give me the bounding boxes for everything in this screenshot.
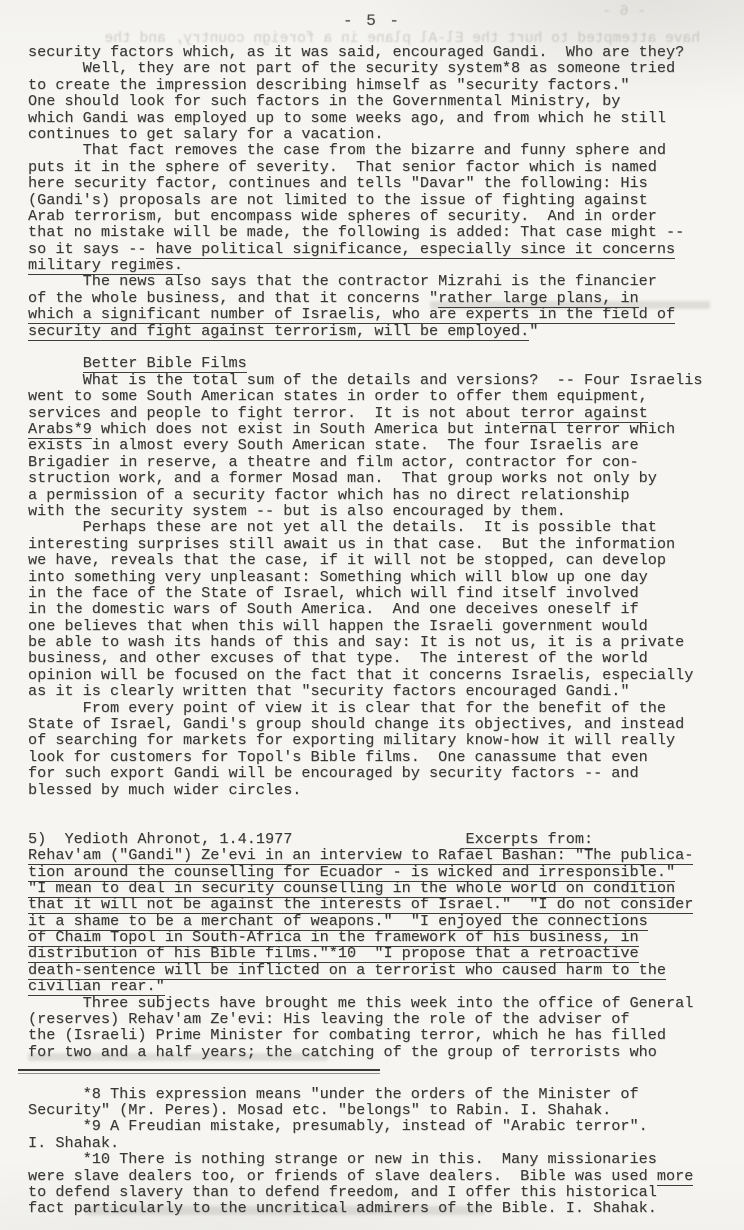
text-line: Rehav'am ("Gandi") Ze'evi in an intervie… (28, 847, 740, 863)
text-line: exists in almost every South American st… (28, 437, 740, 453)
text-line: services and people to fight terror. It … (28, 405, 740, 421)
text-line: so it says -- have political significanc… (28, 241, 740, 257)
text-line: (Gandi's) proposals are not limited to t… (28, 192, 740, 208)
text-line: struction work, and a former Mosad man. … (28, 470, 740, 486)
text-line: here security factor, continues and tell… (28, 175, 740, 191)
scanned-page: - 5 - - 6 -have attempted to hurt the El… (0, 0, 744, 1230)
text-segment: (Gandi's) proposals are not limited to t… (28, 191, 648, 209)
text-line: That fact removes the case from the biza… (28, 142, 740, 158)
text-segment: struction work, and a former Mosad man. … (28, 469, 657, 487)
underlined-text: have political significance, especially … (156, 240, 676, 259)
text-line: of Chaim Topol in South-Africa in the fr… (28, 929, 740, 945)
text-segment: *10 There is nothing strange or new in t… (28, 1150, 657, 1168)
text-segment: a permission of a security factor which … (28, 486, 630, 504)
text-segment (292, 830, 465, 848)
text-segment: look for customers for Topol's Bible fil… (28, 748, 648, 766)
text-line: of searching for markets for exporting m… (28, 732, 740, 748)
text-line: civilian rear." (28, 978, 740, 994)
text-segment: for such export Gandi will be encouraged… (28, 764, 639, 782)
blank-line (28, 798, 740, 814)
text-line: business, and other excuses of that type… (28, 650, 740, 666)
text-line: which Gandi was employed up to some week… (28, 110, 740, 126)
text-segment: " (529, 322, 538, 340)
text-line: *10 There is nothing strange or new in t… (28, 1151, 740, 1167)
text-line: Arabs*9 which does not exist in South Am… (28, 421, 740, 437)
text-segment: one believes that when this will happen … (28, 617, 648, 635)
text-segment: security factors which, as it was said, … (28, 43, 684, 61)
text-segment: business, and other excuses of that type… (28, 649, 648, 667)
text-line: *8 This expression means "under the orde… (28, 1086, 740, 1102)
text-line: "I mean to deal in security counselling … (28, 880, 740, 896)
text-segment: with the security system -- but is also … (28, 502, 566, 520)
text-segment: which Gandi was employed up to some week… (28, 109, 666, 127)
text-line: Brigadier in reserve, a theatre and film… (28, 454, 740, 470)
text-line: fact particularly to the uncritical admi… (28, 1200, 740, 1216)
text-line: death-sentence will be inflicted on a te… (28, 962, 740, 978)
text-line: security factors which, as it was said, … (28, 44, 740, 60)
text-line: with the security system -- but is also … (28, 503, 740, 519)
text-segment (28, 354, 83, 372)
text-segment: That fact removes the case from the biza… (28, 141, 666, 159)
text-segment: interesting surprises still await us in … (28, 535, 675, 553)
underlined-text: more (657, 1167, 693, 1186)
text-line: the (Israeli) Prime Minister for combati… (28, 1027, 740, 1043)
text-line: Better Bible Films (28, 355, 740, 371)
text-segment: be able to wash its hands of this and sa… (28, 633, 684, 651)
text-line: for such export Gandi will be encouraged… (28, 765, 740, 781)
text-segment: which does not exist in South America bu… (92, 420, 675, 438)
text-line: that it will not be against the interest… (28, 896, 740, 912)
text-segment: (reserves) Rehav'am Ze'evi: His leaving … (28, 1010, 630, 1028)
text-segment: fact particularly to the uncritical admi… (28, 1199, 657, 1217)
text-line: security and fight against terrorism, wi… (28, 323, 740, 339)
text-line: were slave dealers too, or friends of sl… (28, 1168, 740, 1184)
text-segment: *8 This expression means "under the orde… (28, 1085, 639, 1103)
text-line: The news also says that the contractor M… (28, 273, 740, 289)
text-line: in the domestic wars of South America. A… (28, 601, 740, 617)
text-segment: into something very unpleasant: Somethin… (28, 568, 648, 586)
text-segment: to create the impression describing hims… (28, 76, 630, 94)
text-line: for two and a half years; the catching o… (28, 1044, 740, 1060)
text-line: opinion will be focused on the fact that… (28, 667, 740, 683)
text-line: Well, they are not part of the security … (28, 60, 740, 76)
text-line: distribution of his Bible films."*10 "I … (28, 945, 740, 961)
text-segment: Arab terrorism, but encompass wide spher… (28, 207, 657, 225)
blank-line (28, 814, 740, 830)
text-segment: went to some South American states in or… (28, 387, 648, 405)
text-line: *9 A Freudian mistake, presumably, inste… (28, 1118, 740, 1134)
bleedthrough-ghost-text: - 6 - (556, 4, 646, 20)
document-body: security factors which, as it was said, … (28, 44, 740, 1217)
text-line: Arab terrorism, but encompass wide spher… (28, 208, 740, 224)
text-line: in the face of the State of Israel, whic… (28, 585, 740, 601)
text-segment: services and people to fight terror. It … (28, 404, 520, 422)
footnote-separator (18, 1069, 380, 1074)
text-segment: so it says -- (28, 240, 156, 258)
text-line: tion around the counselling for Ecuador … (28, 864, 740, 880)
text-segment: Well, they are not part of the security … (28, 59, 675, 77)
text-line: which a significant number of Israelis, … (28, 306, 740, 322)
text-line: What is the total sum of the details and… (28, 372, 740, 388)
text-line: State of Israel, Gandi's group should ch… (28, 716, 740, 732)
text-line: to defend slavery than to defend freedom… (28, 1184, 740, 1200)
text-line: One should look for such factors in the … (28, 93, 740, 109)
text-line: one believes that when this will happen … (28, 618, 740, 634)
text-segment: blessed by much wider circles. (28, 781, 301, 799)
text-line: of the whole business, and that it conce… (28, 290, 740, 306)
text-segment: continues to get salary for a vacation. (28, 125, 383, 143)
text-line: 5) Yedioth Ahronot, 1.4.1977 Excerpts fr… (28, 831, 740, 847)
text-segment: were slave dealers too, or friends of sl… (28, 1167, 657, 1185)
text-line: From every point of view it is clear tha… (28, 700, 740, 716)
text-line: military regimes. (28, 257, 740, 273)
text-segment: Perhaps these are not yet all the detail… (28, 518, 657, 536)
underlined-text: security and fight against terrorism, wi… (28, 322, 529, 341)
text-line: went to some South American states in or… (28, 388, 740, 404)
text-line: Security" (Mr. Peres). Mosad etc. "belon… (28, 1102, 740, 1118)
text-line: be able to wash its hands of this and sa… (28, 634, 740, 650)
text-segment: 5) Yedioth Ahronot, 1.4.1977 (28, 830, 292, 848)
text-line: as it is clearly written that "security … (28, 683, 740, 699)
text-segment: I. Shahak. (28, 1134, 119, 1152)
text-line: interesting surprises still await us in … (28, 536, 740, 552)
text-line: a permission of a security factor which … (28, 487, 740, 503)
text-line: into something very unpleasant: Somethin… (28, 569, 740, 585)
text-line: continues to get salary for a vacation. (28, 126, 740, 142)
text-segment: Brigadier in reserve, a theatre and film… (28, 453, 639, 471)
text-line: blessed by much wider circles. (28, 782, 740, 798)
footnote-separator-row (28, 1069, 740, 1085)
text-segment: exists in almost every South American st… (28, 436, 639, 454)
text-segment: in the domestic wars of South America. A… (28, 600, 639, 618)
text-line: that no mistake will be made, the follow… (28, 224, 740, 240)
text-segment: as it is clearly written that "security … (28, 682, 630, 700)
text-segment: in the face of the State of Israel, whic… (28, 584, 639, 602)
text-segment: of searching for markets for exporting m… (28, 731, 675, 749)
text-line: I. Shahak. (28, 1135, 740, 1151)
text-segment: here security factor, continues and tell… (28, 174, 648, 192)
text-segment: of the whole business, and that it conce… (28, 289, 438, 307)
text-line: Three subjects have brought me this week… (28, 995, 740, 1011)
text-segment: From every point of view it is clear tha… (28, 699, 666, 717)
text-segment: for two and a half years; the catching o… (28, 1043, 657, 1061)
text-segment: One should look for such factors in the … (28, 92, 620, 110)
text-line: look for customers for Topol's Bible fil… (28, 749, 740, 765)
text-line: to create the impression describing hims… (28, 77, 740, 93)
text-line: puts it in the sphere of severity. That … (28, 159, 740, 175)
text-segment: we have, reveals that the case, if it wi… (28, 551, 666, 569)
text-segment: The news also says that the contractor M… (28, 272, 657, 290)
text-segment: Three subjects have brought me this week… (28, 994, 693, 1012)
blank-line (28, 339, 740, 355)
text-line: it a shame to be a merchant of weapons."… (28, 913, 740, 929)
text-segment: What is the total sum of the details and… (28, 371, 702, 389)
text-segment: the (Israeli) Prime Minister for combati… (28, 1026, 666, 1044)
text-segment: to defend slavery than to defend freedom… (28, 1183, 657, 1201)
text-line: (reserves) Rehav'am Ze'evi: His leaving … (28, 1011, 740, 1027)
text-segment: State of Israel, Gandi's group should ch… (28, 715, 684, 733)
text-segment: that no mistake will be made, the follow… (28, 223, 684, 241)
text-segment: Security" (Mr. Peres). Mosad etc. "belon… (28, 1101, 611, 1119)
text-segment: opinion will be focused on the fact that… (28, 666, 693, 684)
text-line: we have, reveals that the case, if it wi… (28, 552, 740, 568)
text-segment: puts it in the sphere of severity. That … (28, 158, 657, 176)
text-segment: *9 A Freudian mistake, presumably, inste… (28, 1117, 648, 1135)
text-line: Perhaps these are not yet all the detail… (28, 519, 740, 535)
